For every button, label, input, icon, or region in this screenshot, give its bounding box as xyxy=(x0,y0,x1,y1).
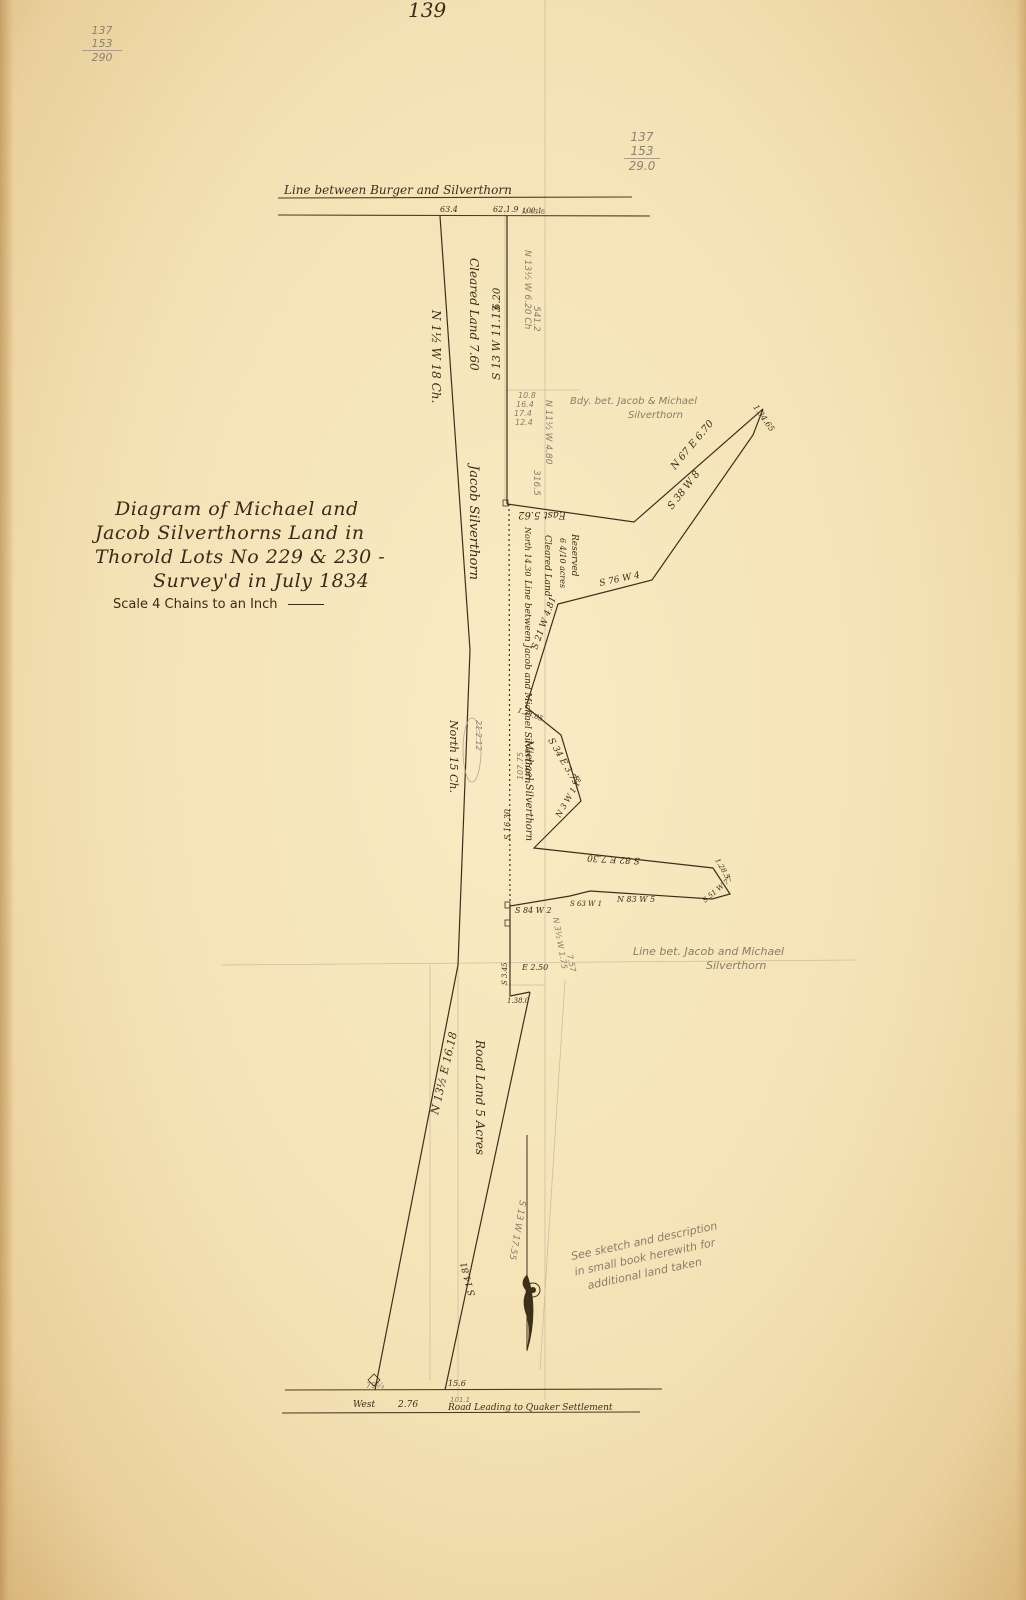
see-sketch-note: See sketch and description in small book… xyxy=(570,1219,725,1294)
bottom-road-label: Road Leading to Quaker Settlement xyxy=(447,1403,613,1413)
n3w-pencil: N 3½ W 1.75 xyxy=(551,917,569,970)
cleared-land-label: Cleared Land 7.60 xyxy=(467,258,481,371)
pencil-val-2: 10.8 xyxy=(518,391,536,400)
reserve-label: Reserved xyxy=(569,533,579,577)
reserve-acres: 6 4/10 acres xyxy=(558,538,567,588)
s84w: S 84 W 2 xyxy=(515,906,552,915)
n83w: N 83 W 5 xyxy=(616,895,655,904)
ne-670: N 67 E 6.70 xyxy=(668,418,716,473)
bearing-west-mid: North 15 Ch. xyxy=(447,719,460,793)
s76w: S 76 W 4 xyxy=(599,571,642,589)
s53: S 3.45 xyxy=(501,962,509,985)
pencil-val-3: 16.4 xyxy=(516,400,534,409)
road-lower-bearing: S 14.81 xyxy=(459,1261,478,1297)
top-mark-4: N 43.6 xyxy=(522,208,546,216)
oval-note: 21.2.12 xyxy=(474,720,483,751)
bottom-101: 101.1 xyxy=(450,1396,470,1404)
pencil-val-4: 17.4 xyxy=(514,409,532,418)
north-dividing: North 14.30 xyxy=(523,526,532,576)
jacob-label: Jacob Silverthorn xyxy=(466,462,481,580)
reserve-cleared: Cleared Land xyxy=(542,535,552,597)
pencil-val-5: 12.4 xyxy=(515,418,533,427)
bottom-79: 79¼ xyxy=(366,1381,384,1390)
top-mark-2: 62.1.9 xyxy=(493,205,518,214)
sw-85: S 38 W 8 xyxy=(666,469,703,512)
boundary-lines xyxy=(278,197,662,1413)
bearing-west-upper: N 1½ W 18 Ch. xyxy=(429,309,443,403)
pencil-bearing: S 13 W 17.55 xyxy=(507,1199,527,1261)
road-land-label: Road Land 5 Acres xyxy=(473,1039,487,1155)
s63w: S 63 W 1 xyxy=(570,900,602,908)
pencil-val-1: 541.2 xyxy=(531,306,541,332)
inner-line-bearing: S 13 W 11.13 xyxy=(490,305,503,380)
bottom-156: 15.6 xyxy=(448,1379,466,1388)
inner-620: 6.20 xyxy=(492,287,503,310)
survey-sheet: 139 137 153 290 137 153 29.0 Diagram of … xyxy=(0,0,1026,1600)
dividing-measure: S 16.30 xyxy=(503,809,512,840)
e250: E 2.50 xyxy=(521,963,548,972)
corner-4: 1.38.0 xyxy=(507,997,530,1005)
top-mark-1: 63.4 xyxy=(440,205,458,214)
s82e: S 82 E 7.30 xyxy=(587,852,641,865)
pencil-line-2: N 11½ W 4.80 xyxy=(543,400,553,465)
pencil-line-1: N 13½ W 6.20 Ch xyxy=(522,250,532,330)
s51w: S 51 W 77 xyxy=(701,875,735,905)
bottom-276: 2.76 xyxy=(397,1400,418,1410)
bearing-west-lower: N 13½ E 16.18 xyxy=(428,1031,460,1117)
survey-stakes xyxy=(368,500,510,1386)
bdy-silverthorn: Silverthorn xyxy=(628,410,683,421)
north-arrow-icon xyxy=(523,1135,540,1351)
east-562: East 5.62 xyxy=(518,509,567,520)
dividing-107: 107.75 xyxy=(516,752,525,780)
bdy-jacob-michael: Bdy. bet. Jacob & Michael xyxy=(570,396,697,407)
e757: 7.57 xyxy=(565,954,578,974)
bottom-west: West xyxy=(353,1400,375,1410)
pencil-val-6: 316.5 xyxy=(531,470,541,496)
line-silverthorn: Silverthorn xyxy=(706,959,766,972)
survey-plat: Line between Burger and Silverthorn 63.4… xyxy=(0,0,1026,1600)
top-line-label: Line between Burger and Silverthorn xyxy=(283,183,512,197)
line-bet-jacob-michael: Line bet. Jacob and Michael xyxy=(633,945,784,958)
